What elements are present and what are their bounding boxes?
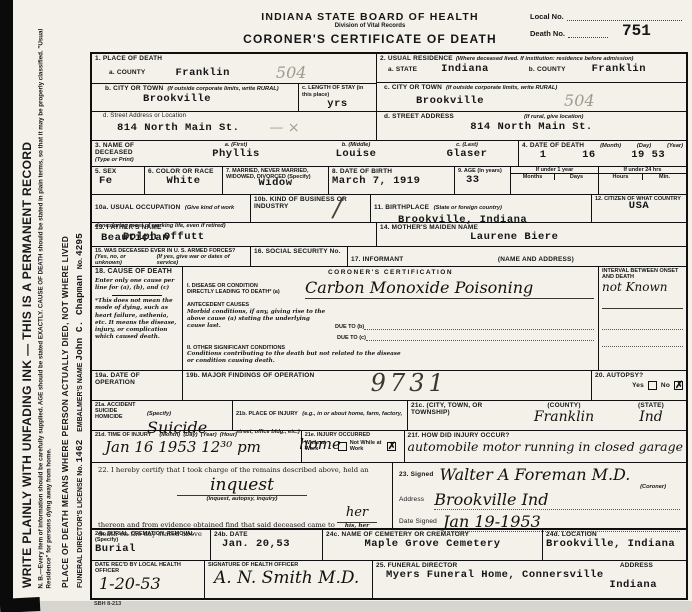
address-label: Address xyxy=(399,496,424,503)
armed-forces-note2: (If yes, give war or dates of service) xyxy=(157,254,247,266)
health-officer-signature-handwriting: A. N. Smith M.D. xyxy=(214,568,369,588)
injury-occurred-label: 21e. INJURY OCCURRED xyxy=(305,432,401,438)
findings-handwriting: 9731 xyxy=(371,369,448,397)
due-to-c-blank xyxy=(366,333,594,341)
field-business: 10b. KIND OF BUSINESS OR INDUSTRY ∕ xyxy=(250,195,370,222)
dob-value: March 7, 1919 xyxy=(332,175,451,187)
autopsy-label: 20. AUTOPSY? xyxy=(595,372,683,379)
field-injury-occurred: 21e. INJURY OCCURRED While at Work Not W… xyxy=(301,431,404,462)
burial-date-value: Jan. 20,53 xyxy=(222,538,319,550)
field-time-of-injury: 21d. TIME OF INJURY (Month) (Day) (Year)… xyxy=(92,431,301,462)
field-cause-of-death-main: CORONER'S CERTIFICATION I. DISEASE OR CO… xyxy=(182,267,598,370)
field-place-of-injury: 21b. PLACE OF INJURY (e.g., in or about … xyxy=(232,401,407,430)
residence-county-label: b. COUNTY xyxy=(529,66,566,73)
residence-street-value: 814 North Main St. xyxy=(380,121,683,133)
cause-side-note2: *This does not mean the mode of dying, s… xyxy=(95,298,179,341)
injury-county-label: (COUNTY) xyxy=(509,402,619,409)
homicide-label: HOMICIDE xyxy=(95,414,147,420)
field-how-injury-occurred: 21f. HOW DID INJURY OCCUR? automobile mo… xyxy=(404,431,686,462)
field-name-values: a. (First) Phyllis b. (Middle) Louise c.… xyxy=(176,141,518,166)
name-last-value: Glaser xyxy=(419,148,515,160)
embalmer-name-value: John C. Chapman xyxy=(74,275,85,361)
left-margin: WRITE PLAINLY WITH UNFADING INK — THIS I… xyxy=(13,0,90,600)
birthplace-note: (State or foreign country) xyxy=(434,205,502,211)
dod-month-value: 1 xyxy=(540,149,547,161)
name-first-value: Phyllis xyxy=(179,148,293,160)
antecedent-note: Morbid conditions, if any, giving rise t… xyxy=(187,309,327,330)
how-injury-handwriting: automobile motor running in closed garag… xyxy=(408,439,683,454)
place-of-injury-label: 21b. PLACE OF INJURY xyxy=(236,411,298,417)
race-label: 6. COLOR OR RACE xyxy=(148,168,219,175)
field-burial: 24a. BURIAL, CREMATION, REMOVAL (Specify… xyxy=(92,530,210,560)
dod-month-label: (Month) xyxy=(600,143,621,149)
armed-forces-note1: (Yes, no, or unknown) xyxy=(95,254,151,266)
occupation-label: 10a. USUAL OCCUPATION xyxy=(95,204,180,211)
burial-date-label: 24b. DATE xyxy=(214,531,319,538)
interval-handwriting: not Known xyxy=(602,280,683,294)
death-certificate-scan: WRITE PLAINLY WITH UNFADING INK — THIS I… xyxy=(0,0,692,612)
margin-license-line: FUNERAL DIRECTOR'S LICENSE No. 1462 EMBA… xyxy=(74,233,85,588)
residence-title-note: (Where deceased lived. If institution: r… xyxy=(456,56,634,62)
field-birthplace: 11. BIRTHPLACE (State or foreign country… xyxy=(370,195,591,222)
signed-label: 23. Signed xyxy=(399,471,434,478)
operation-date-label: 19a. DATE OF OPERATION xyxy=(95,372,179,387)
field-ssn: 16. SOCIAL SECURITY No. xyxy=(250,247,347,266)
dod-day-label: (Day) xyxy=(637,143,651,149)
residence-city-label: c. CITY OR TOWN xyxy=(384,84,442,91)
inquest-handwriting: inquest xyxy=(177,475,307,496)
field-injury-location: 21c. (CITY, TOWN, OR TOWNSHIP) (COUNTY) … xyxy=(407,401,686,430)
disease-label-line2: DIRECTLY LEADING TO DEATH* (a) xyxy=(187,289,305,295)
autopsy-yes-label: Yes xyxy=(632,382,644,389)
interval-blank-line1 xyxy=(602,308,683,309)
pod-county-value: Franklin xyxy=(175,67,229,79)
dod-year-value: 19 53 xyxy=(631,149,665,161)
burial-value: Burial xyxy=(95,543,207,555)
residence-city-pencil-mark: 504 xyxy=(564,91,595,110)
autopsy-yes-checkbox xyxy=(648,381,657,390)
field-usual-residence: 2. USUAL RESIDENCE (Where deceased lived… xyxy=(376,54,686,140)
field-race: 6. COLOR OR RACE White xyxy=(144,167,222,194)
field-place-of-death: 1. PLACE OF DEATH a. COUNTY Franklin 504… xyxy=(92,54,376,140)
field-date-received: DATE REC'D BY LOCAL HEALTH OFFICER 1-20-… xyxy=(92,561,204,598)
field-mother-name: 14. MOTHER'S MAIDEN NAME Laurene Biere xyxy=(376,223,686,246)
field-interval: INTERVAL BETWEEN ONSET AND DEATH not Kno… xyxy=(598,267,686,370)
autopsy-no-checkbox: ✗ xyxy=(674,381,683,390)
death-no-label: Death No. xyxy=(530,29,565,38)
residence-street-label: d. STREET ADDRESS xyxy=(384,113,454,120)
field-father-name: 13. FATHER'S NAME Dolph Offutt xyxy=(92,223,376,246)
coroner-address-handwriting: Brookville Ind xyxy=(434,490,680,510)
residence-county-value: Franklin xyxy=(592,63,646,75)
field-accident-suicide: 21a. ACCIDENT SUICIDE HOMICIDE (Specify)… xyxy=(92,401,232,430)
interval-blank-line3 xyxy=(602,346,683,347)
cause-label: 18. CAUSE OF DEATH xyxy=(95,268,179,276)
local-no-blank xyxy=(567,11,682,21)
pod-city-note: (If outside corporate limits, write RURA… xyxy=(167,86,278,92)
age-value: 33 xyxy=(466,174,507,186)
embalmer-no-value: 4295 xyxy=(74,233,85,256)
death-no-value: 751 xyxy=(622,25,651,38)
time-of-injury-handwriting: Jan 16 1953 12³⁰ pm xyxy=(105,438,298,456)
field-citizen: 12. CITIZEN OF WHAT COUNTRY USA xyxy=(591,195,686,222)
pod-stay-value: yrs xyxy=(302,98,373,110)
date-signed-label: Date Signed xyxy=(399,518,437,525)
autopsy-no-label: No xyxy=(661,382,670,389)
field-cemetery: 24c. NAME OF CEMETERY OR CREMATORY Maple… xyxy=(322,530,542,560)
field-date-of-birth: 8. DATE OF BIRTH March 7, 1919 xyxy=(328,167,454,194)
due-to-c-label: DUE TO (c) xyxy=(337,335,366,341)
margin-nb-note: N. B.—Every item of information should b… xyxy=(38,20,54,588)
her-handwriting: her xyxy=(337,504,377,523)
cause-side-note1: Enter only one cause per line for (a), (… xyxy=(95,278,179,292)
field-date-of-operation: 19a. DATE OF OPERATION xyxy=(92,371,182,400)
division-subtitle: Division of Vital Records xyxy=(210,23,530,29)
field-cause-of-death-sidebar: 18. CAUSE OF DEATH Enter only one cause … xyxy=(92,267,182,370)
dod-day-value: 16 xyxy=(582,149,596,161)
embalmer-no-label: No. xyxy=(77,258,84,269)
certify-text1: 22. I hereby certify that I took charge … xyxy=(98,466,386,475)
residence-title: 2. USUAL RESIDENCE xyxy=(380,55,453,62)
not-while-at-work-checkbox: ✗ xyxy=(387,442,396,451)
dob-label: 8. DATE OF BIRTH xyxy=(332,168,451,175)
form-header: INDIANA STATE BOARD OF HEALTH Division o… xyxy=(90,2,688,52)
field-sex: 5. SEX Fe xyxy=(92,167,144,194)
field-age-under: If under 1 year Months Days If under 24 … xyxy=(510,167,686,194)
name-type-note: (Type or Print) xyxy=(95,157,173,163)
funeral-license-value: 1462 xyxy=(74,440,85,463)
ssn-label: 16. SOCIAL SECURITY No. xyxy=(254,248,344,255)
funeral-license-label: FUNERAL DIRECTOR'S LICENSE No. xyxy=(77,464,84,588)
board-title: INDIANA STATE BOARD OF HEALTH xyxy=(210,11,530,23)
form-grid: 1. PLACE OF DEATH a. COUNTY Franklin 504… xyxy=(90,52,688,600)
sex-value: Fe xyxy=(99,175,141,187)
while-at-work-label: While at Work xyxy=(305,440,335,452)
residence-state-value: Indiana xyxy=(441,63,489,75)
informant-note: (NAME AND ADDRESS) xyxy=(498,256,574,263)
field-informant: 17. INFORMANT (NAME AND ADDRESS) xyxy=(347,247,686,266)
injury-state-handwriting: Ind xyxy=(619,409,683,425)
margin-warning-text: WRITE PLAINLY WITH UNFADING INK — THIS I… xyxy=(20,142,34,588)
field-coroner-signature: 23. Signed Walter A Foreman M.D. (Corone… xyxy=(392,463,686,528)
funeral-address-label: ADDRESS xyxy=(620,562,653,569)
field-burial-date: 24b. DATE Jan. 20,53 xyxy=(210,530,322,560)
business-hand-mark: ∕ xyxy=(333,193,342,223)
pod-city-label: b. CITY OR TOWN xyxy=(105,85,163,92)
birthplace-label: 11. BIRTHPLACE xyxy=(374,204,429,211)
funeral-director-label: 25. FUNERAL DIRECTOR xyxy=(376,562,457,569)
due-to-b-label: DUE TO (b) xyxy=(335,324,364,330)
father-label: 13. FATHER'S NAME xyxy=(95,224,373,231)
sex-label: 5. SEX xyxy=(95,168,141,175)
date-received-label: DATE REC'D BY LOCAL HEALTH OFFICER xyxy=(95,562,201,574)
age-days-label: Days xyxy=(555,174,598,180)
not-while-at-work-label: Not While at Work xyxy=(350,440,384,452)
pod-street-label: d. Street Address or Location xyxy=(103,113,373,120)
field-age: 9. AGE (In years) 33 xyxy=(454,167,510,194)
father-value: Dolph Offutt xyxy=(123,231,373,243)
injury-state-label: (STATE) xyxy=(619,402,683,409)
form-number: SBH 8-213 xyxy=(94,601,121,607)
cemetery-location-label: 24d. LOCATION xyxy=(546,531,683,538)
dod-year-label: (Year) xyxy=(667,143,683,149)
coroner-certification-header: CORONER'S CERTIFICATION xyxy=(187,269,594,276)
pod-street-pencil-mark: — × xyxy=(269,120,299,136)
age-hours-label: Hours xyxy=(599,174,643,180)
age-under1-header: If under 1 year xyxy=(511,167,598,174)
how-injury-label: 21f. HOW DID INJURY OCCUR? xyxy=(408,432,683,439)
mother-value: Laurene Biere xyxy=(470,231,683,243)
while-at-work-checkbox xyxy=(338,442,347,451)
pod-stay-label: c. LENGTH OF STAY (in this place) xyxy=(302,85,373,97)
date-of-death-label: 4. DATE OF DEATH xyxy=(522,142,584,149)
pod-street-value: 814 North Main St. xyxy=(117,122,239,134)
age-under24-header: If under 24 hrs xyxy=(599,167,686,174)
name-of-deceased-label: 3. NAME OF DECEASED xyxy=(95,142,173,157)
place-of-death-title: 1. PLACE OF DEATH xyxy=(95,55,373,62)
pod-city-value: Brookville xyxy=(143,93,295,105)
business-label: 10b. KIND OF BUSINESS OR INDUSTRY xyxy=(254,196,367,211)
margin-place-of-death-note: PLACE OF DEATH MEANS WHERE PERSON ACTUAL… xyxy=(60,236,70,588)
interval-label: INTERVAL BETWEEN ONSET AND DEATH xyxy=(602,268,683,280)
cemetery-label: 24c. NAME OF CEMETERY OR CREMATORY xyxy=(326,531,539,538)
injury-county-handwriting: Franklin xyxy=(509,409,619,425)
date-received-handwriting: 1-20-53 xyxy=(99,574,201,593)
inquest-note: (inquest, autopsy, inquiry) xyxy=(98,496,386,502)
residence-city-note: (If outside corporate limits, write RURA… xyxy=(446,85,557,91)
pod-county-label: a. COUNTY xyxy=(109,69,145,76)
informant-label: 17. INFORMANT xyxy=(351,256,403,263)
other-conditions-note: Conditions contributing to the death but… xyxy=(187,351,407,365)
pod-county-pencil-mark: 504 xyxy=(276,63,307,82)
specify-note: (Specify) xyxy=(147,411,171,417)
due-to-b-blank xyxy=(364,322,594,330)
injury-city-label: 21c. (CITY, TOWN, OR TOWNSHIP) xyxy=(411,402,509,429)
field-autopsy: 20. AUTOPSY? Yes No ✗ xyxy=(591,371,686,400)
certificate-title: CORONER'S CERTIFICATE OF DEATH xyxy=(210,32,530,46)
interval-blank-line2 xyxy=(602,329,683,330)
race-value: White xyxy=(148,175,219,187)
field-name-label: 3. NAME OF DECEASED (Type or Print) xyxy=(92,141,176,166)
name-middle-value: Louise xyxy=(299,148,413,160)
embalmer-name-label: EMBALMER'S NAME xyxy=(77,363,84,432)
field-coroner-certify: 22. I hereby certify that I took charge … xyxy=(92,463,392,528)
residence-state-label: a. STATE xyxy=(388,66,417,73)
field-cemetery-location: 24d. LOCATION Brookville, Indiana xyxy=(542,530,686,560)
age-months-label: Months xyxy=(511,174,555,180)
field-operation-findings: 19b. MAJOR FINDINGS OF OPERATION 9731 xyxy=(182,371,591,400)
field-marital-status: 7. MARRIED, NEVER MARRIED, WIDOWED, DIVO… xyxy=(222,167,328,194)
field-armed-forces: 15. WAS DECEASED EVER IN U. S. ARMED FOR… xyxy=(92,247,250,266)
cause-of-death-handwriting: Carbon Monoxide Poisoning xyxy=(305,278,533,297)
burial-label: 24a. BURIAL, CREMATION, REMOVAL (Specify… xyxy=(95,531,207,543)
scan-edge-bar xyxy=(0,0,13,606)
field-health-officer-signature: SIGNATURE OF HEALTH OFFICER A. N. Smith … xyxy=(204,561,372,598)
field-date-of-death: 4. DATE OF DEATH (Month) (Day) (Year) 1 … xyxy=(518,141,686,166)
cemetery-value: Maple Grove Cemetery xyxy=(326,538,539,550)
coroner-signature-handwriting: Walter A Foreman M.D. xyxy=(440,465,631,484)
local-no-label: Local No. xyxy=(530,12,564,21)
residence-city-value: Brookville xyxy=(416,95,484,107)
mother-label: 14. MOTHER'S MAIDEN NAME xyxy=(380,224,683,231)
funeral-director-value2: Indiana xyxy=(376,579,657,591)
field-funeral-director: 25. FUNERAL DIRECTOR ADDRESS Myers Funer… xyxy=(372,561,686,598)
cemetery-location-value: Brookville, Indiana xyxy=(546,538,683,550)
residence-street-note: (If rural, give location) xyxy=(524,114,583,120)
age-min-label: Min. xyxy=(643,174,686,180)
certificate-form: INDIANA STATE BOARD OF HEALTH Division o… xyxy=(90,2,688,600)
field-occupation: 10a. USUAL OCCUPATION (Give kind of work… xyxy=(92,195,250,222)
